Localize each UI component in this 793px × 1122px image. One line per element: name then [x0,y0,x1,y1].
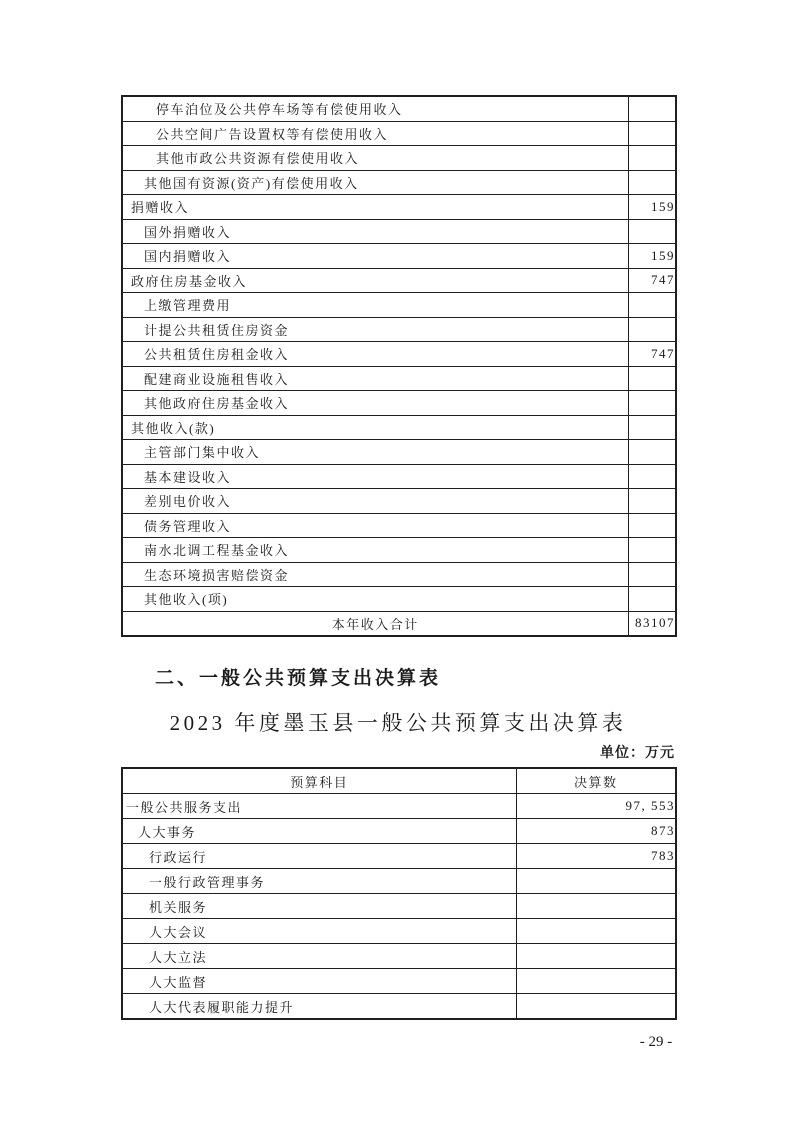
income-item-value [628,391,676,416]
table-row: 捐赠收入159 [122,195,676,220]
income-item-value: 83107 [628,611,676,636]
table-row: 差别电价收入 [122,489,676,514]
income-item-value [628,562,676,587]
expense-item-label: 人大代表履职能力提升 [122,994,516,1020]
expense-item-label: 一般公共服务支出 [122,794,516,819]
income-item-label: 公共空间广告设置权等有偿使用收入 [122,121,628,146]
table-row: 上缴管理费用 [122,293,676,318]
expense-item-value [516,919,676,944]
expense-item-label: 人大事务 [122,819,516,844]
income-item-label: 公共租赁住房租金收入 [122,342,628,367]
expense-item-value [516,944,676,969]
income-item-value [628,170,676,195]
income-item-label: 生态环境损害赔偿资金 [122,562,628,587]
income-item-value [628,538,676,563]
table-row: 政府住房基金收入747 [122,268,676,293]
income-item-value [628,489,676,514]
document-page: 停车泊位及公共停车场等有偿使用收入公共空间广告设置权等有偿使用收入其他市政公共资… [0,0,793,1122]
table-row: 生态环境损害赔偿资金 [122,562,676,587]
page-number: - 29 - [606,1034,706,1051]
income-item-label: 南水北调工程基金收入 [122,538,628,563]
expense-item-label: 一般行政管理事务 [122,869,516,894]
expense-item-label: 行政运行 [122,844,516,869]
table-row: 其他国有资源(资产)有偿使用收入 [122,170,676,195]
income-item-label: 捐赠收入 [122,195,628,220]
table-title: 2023 年度墨玉县一般公共预算支出决算表 [121,707,675,737]
table-row: 基本建设收入 [122,464,676,489]
expense-item-label: 机关服务 [122,894,516,919]
income-item-label: 上缴管理费用 [122,293,628,318]
table-row: 其他收入(项) [122,587,676,612]
table-row: 一般行政管理事务 [122,869,676,894]
table-row: 人大代表履职能力提升 [122,994,676,1020]
table-row: 机关服务 [122,894,676,919]
table-row: 公共空间广告设置权等有偿使用收入 [122,121,676,146]
table-row: 公共租赁住房租金收入747 [122,342,676,367]
income-item-value [628,293,676,318]
income-item-label: 政府住房基金收入 [122,268,628,293]
expense-column-header: 预算科目 [122,768,516,794]
income-item-value [628,317,676,342]
expense-item-value [516,869,676,894]
income-item-value [628,464,676,489]
table-row: 其他市政公共资源有偿使用收入 [122,146,676,171]
income-item-label: 其他收入(项) [122,587,628,612]
table-row: 人大立法 [122,944,676,969]
expense-item-label: 人大会议 [122,919,516,944]
table-row: 人大监督 [122,969,676,994]
income-item-value [628,121,676,146]
expense-item-value: 97, 553 [516,794,676,819]
expense-item-label: 人大监督 [122,969,516,994]
income-item-label: 本年收入合计 [122,611,628,636]
income-item-value [628,96,676,121]
income-item-value: 747 [628,342,676,367]
table-row: 主管部门集中收入 [122,440,676,465]
expense-item-value: 873 [516,819,676,844]
income-item-label: 其他国有资源(资产)有偿使用收入 [122,170,628,195]
income-item-value: 159 [628,195,676,220]
expense-table: 预算科目决算数 一般公共服务支出97, 553人大事务873行政运行783一般行… [121,767,677,1020]
income-item-label: 停车泊位及公共停车场等有偿使用收入 [122,96,628,121]
income-item-label: 基本建设收入 [122,464,628,489]
income-item-value [628,219,676,244]
income-item-label: 国外捐赠收入 [122,219,628,244]
income-item-value: 159 [628,244,676,269]
income-item-value [628,440,676,465]
expense-item-value [516,969,676,994]
table-row: 债务管理收入 [122,513,676,538]
income-item-label: 债务管理收入 [122,513,628,538]
expense-table-header-row: 预算科目决算数 [122,768,676,794]
table-row: 一般公共服务支出97, 553 [122,794,676,819]
income-item-label: 差别电价收入 [122,489,628,514]
income-item-label: 国内捐赠收入 [122,244,628,269]
income-item-value: 747 [628,268,676,293]
expense-item-value [516,994,676,1020]
table-row: 人大会议 [122,919,676,944]
income-item-value [628,513,676,538]
income-item-label: 其他收入(款) [122,415,628,440]
table-row: 计提公共租赁住房资金 [122,317,676,342]
table-row: 行政运行783 [122,844,676,869]
income-item-label: 其他市政公共资源有偿使用收入 [122,146,628,171]
income-item-label: 主管部门集中收入 [122,440,628,465]
unit-label: 单位：万元 [121,742,675,762]
table-row: 南水北调工程基金收入 [122,538,676,563]
income-table: 停车泊位及公共停车场等有偿使用收入公共空间广告设置权等有偿使用收入其他市政公共资… [121,95,677,637]
expense-item-value [516,894,676,919]
section-heading: 二、一般公共预算支出决算表 [155,663,441,690]
table-row: 国外捐赠收入 [122,219,676,244]
income-item-value [628,415,676,440]
income-item-value [628,146,676,171]
table-row: 其他收入(款) [122,415,676,440]
income-item-label: 配建商业设施租售收入 [122,366,628,391]
table-row: 配建商业设施租售收入 [122,366,676,391]
income-item-value [628,587,676,612]
table-row: 本年收入合计83107 [122,611,676,636]
table-row: 人大事务873 [122,819,676,844]
expense-item-label: 人大立法 [122,944,516,969]
income-item-label: 计提公共租赁住房资金 [122,317,628,342]
expense-column-header: 决算数 [516,768,676,794]
income-item-value [628,366,676,391]
income-item-label: 其他政府住房基金收入 [122,391,628,416]
table-row: 国内捐赠收入159 [122,244,676,269]
table-row: 停车泊位及公共停车场等有偿使用收入 [122,96,676,121]
table-row: 其他政府住房基金收入 [122,391,676,416]
expense-item-value: 783 [516,844,676,869]
